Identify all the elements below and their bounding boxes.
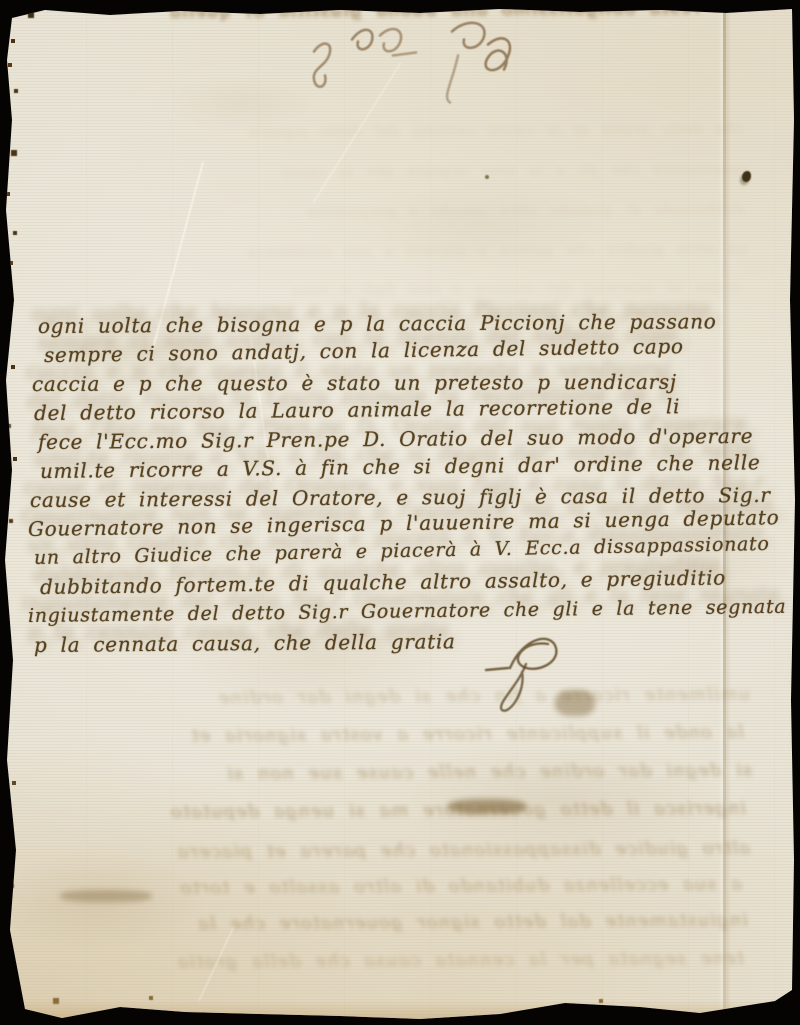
showthrough-line: altro giudice dissappassionato che parer… bbox=[50, 838, 750, 864]
showthrough-line: si degni dar ordine che nelle cause sue … bbox=[52, 760, 752, 786]
scanned-manuscript-page: che della gratia et la causa cennata del… bbox=[0, 0, 800, 1025]
ink-spot bbox=[742, 171, 751, 182]
showthrough-line: dubbitando di qualche altro assalto e pr… bbox=[44, 202, 744, 223]
showthrough-line: cause et interessi del oratore e suoi fi… bbox=[40, 280, 740, 301]
faded-ink-inscription bbox=[292, 12, 542, 130]
showthrough-line: un altro giudice che parera e piacera a … bbox=[48, 242, 748, 263]
showthrough-line: tene segnata per la cennata causa che de… bbox=[44, 948, 744, 974]
bottom-edge-discoloration bbox=[0, 999, 800, 1025]
showthrough-line: la onde il supplicante ricorre a vostra … bbox=[44, 722, 744, 748]
letter-body: ogni uolta che bisogna e p la caccia Pic… bbox=[30, 312, 730, 660]
pen-flourish bbox=[482, 628, 577, 718]
ink-speck bbox=[485, 175, 489, 179]
showthrough-dark-blot bbox=[60, 890, 152, 902]
paper-sheet: che della gratia et la causa cennata del… bbox=[0, 0, 800, 1025]
handwritten-line: p la cennata causa, che della gratia bbox=[34, 625, 730, 660]
showthrough-line: ingiustamente dal detto signor gouernato… bbox=[48, 910, 748, 936]
showthrough-line: ingerisca il detto gouernatore ma si uen… bbox=[46, 798, 746, 824]
edge-dirt-speckles bbox=[0, 0, 2, 2]
showthrough-line: umilmente ricorre a fin che si degni dar… bbox=[50, 684, 750, 710]
showthrough-line: gouernatore che gli e la tene segnata pe… bbox=[50, 162, 750, 183]
showthrough-dark-blot bbox=[448, 799, 526, 814]
